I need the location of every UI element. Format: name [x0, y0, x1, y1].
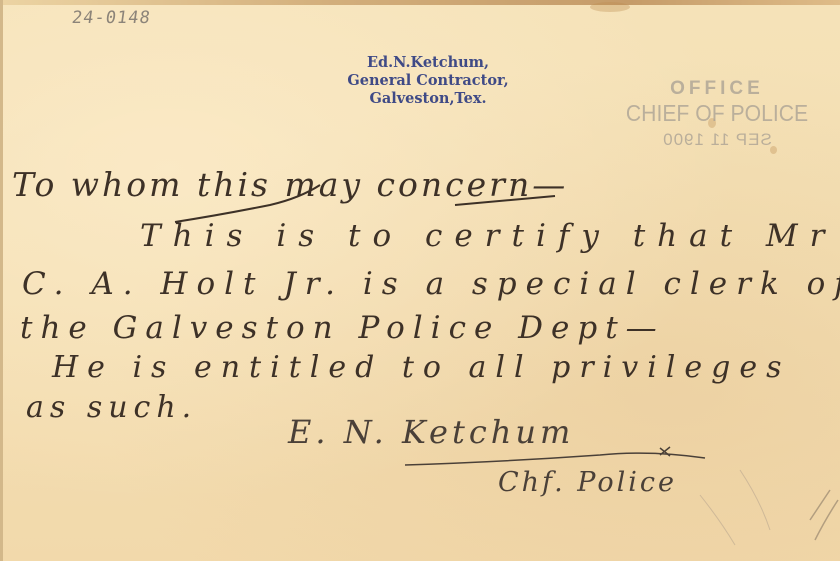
letter-document: 24-0148 Ed.N.Ketchum, General Contractor…	[0, 0, 840, 561]
pen-flourishes	[0, 0, 840, 561]
